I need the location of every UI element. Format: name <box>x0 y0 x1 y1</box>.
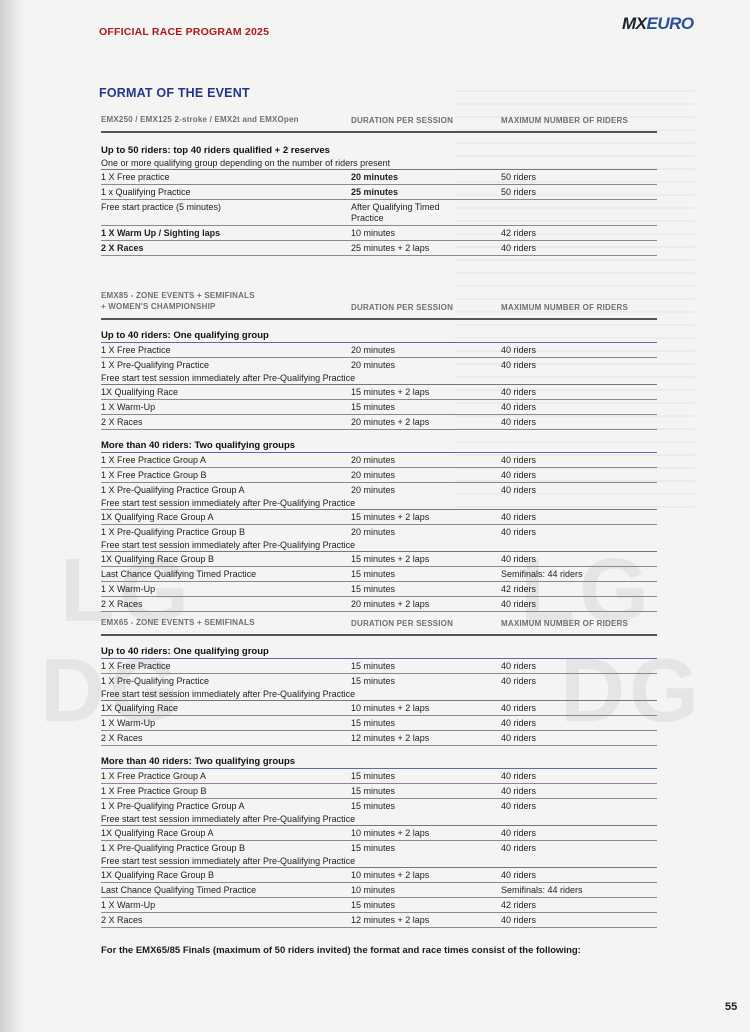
cell-riders: 40 riders <box>501 455 657 466</box>
cell-session: 2 X Races <box>101 733 351 744</box>
cell-riders: 40 riders <box>501 485 657 496</box>
table-row: 1 X Pre-Qualifying Practice Group A15 mi… <box>101 799 657 813</box>
section-emx85: EMX85 - ZONE EVENTS + SEMIFINALS + WOMEN… <box>101 290 657 612</box>
section-header: EMX85 - ZONE EVENTS + SEMIFINALS + WOMEN… <box>101 290 657 320</box>
cell-riders: Semifinals: 44 riders <box>501 885 657 896</box>
cell-duration: 15 minutes <box>351 676 501 687</box>
cell-session: 1X Qualifying Race Group A <box>101 828 351 839</box>
cell-session: 1 X Pre-Qualifying Practice Group A <box>101 801 351 812</box>
cell-session: 1 X Pre-Qualifying Practice <box>101 676 351 687</box>
cell-session: 1 X Free Practice <box>101 345 351 356</box>
table-row: 2 X Races20 minutes + 2 laps40 riders <box>101 415 657 430</box>
cell-duration: 10 minutes + 2 laps <box>351 703 501 714</box>
cell-session: Last Chance Qualifying Timed Practice <box>101 885 351 896</box>
cell-duration: 20 minutes <box>351 470 501 481</box>
table-row: 1 X Pre-Qualifying Practice Group A20 mi… <box>101 483 657 497</box>
table-row: 1 X Warm-Up15 minutes42 riders <box>101 582 657 597</box>
finals-note: For the EMX65/85 Finals (maximum of 50 r… <box>101 944 661 958</box>
page-title: FORMAT OF THE EVENT <box>99 86 250 100</box>
cell-session: 1 X Free Practice Group B <box>101 786 351 797</box>
cell-duration: 15 minutes <box>351 718 501 729</box>
cell-session: 2 X Races <box>101 915 351 926</box>
cell-session: 1X Qualifying Race Group A <box>101 512 351 523</box>
cell-duration: 20 minutes <box>351 455 501 466</box>
section-header: EMX65 - ZONE EVENTS + SEMIFINALS DURATIO… <box>101 617 657 636</box>
table-row: 1 X Free Practice Group B15 minutes40 ri… <box>101 784 657 799</box>
cell-duration: 15 minutes <box>351 569 501 580</box>
table-row: 2 X Races12 minutes + 2 laps40 riders <box>101 731 657 746</box>
table-body: 1 X Free Practice20 minutes40 riders1 X … <box>101 343 657 430</box>
cell-session: 2 X Races <box>101 417 351 428</box>
table-row: 1 X Free Practice Group A15 minutes40 ri… <box>101 769 657 784</box>
table-row: 1 X Pre-Qualifying Practice15 minutes40 … <box>101 674 657 688</box>
cell-riders: 40 riders <box>501 771 657 782</box>
cell-riders: 42 riders <box>501 900 657 911</box>
table-row: 1 X Warm Up / Sighting laps 10 minutes 4… <box>101 226 657 241</box>
table-row: 1 X Pre-Qualifying Practice Group B15 mi… <box>101 841 657 855</box>
table-row: 1X Qualifying Race Group B10 minutes + 2… <box>101 868 657 883</box>
table-row: 1X Qualifying Race Group A10 minutes + 2… <box>101 826 657 841</box>
cell-riders: 40 riders <box>501 470 657 481</box>
table-row: 2 X Races 25 minutes + 2 laps 40 riders <box>101 241 657 256</box>
cell-riders: 40 riders <box>501 786 657 797</box>
table-row: 1X Qualifying Race15 minutes + 2 laps40 … <box>101 385 657 400</box>
cell-session: 1 X Pre-Qualifying Practice Group A <box>101 485 351 496</box>
cell-duration: 20 minutes + 2 laps <box>351 417 501 428</box>
cell-duration: 15 minutes + 2 laps <box>351 387 501 398</box>
cell-duration: 15 minutes <box>351 584 501 595</box>
row-note: Free start test session immediately afte… <box>101 688 657 701</box>
table-row: 1 X Pre-Qualifying Practice20 minutes40 … <box>101 358 657 372</box>
cell-riders: 40 riders <box>501 801 657 812</box>
cell-duration: 15 minutes <box>351 771 501 782</box>
cell-riders: Semifinals: 44 riders <box>501 569 657 580</box>
cell-riders: 40 riders <box>501 417 657 428</box>
cell-duration: 10 minutes + 2 laps <box>351 870 501 881</box>
cell-duration: 10 minutes + 2 laps <box>351 828 501 839</box>
cell-riders: 40 riders <box>501 360 657 371</box>
table-row: 1X Qualifying Race Group B15 minutes + 2… <box>101 552 657 567</box>
cell-duration: 20 minutes <box>351 527 501 538</box>
cell-riders: 40 riders <box>501 718 657 729</box>
cell-duration: 15 minutes <box>351 402 501 413</box>
section-emx65: EMX65 - ZONE EVENTS + SEMIFINALS DURATIO… <box>101 617 657 928</box>
mxeuro-logo: MXEURO <box>622 14 694 32</box>
cell-riders: 40 riders <box>501 554 657 565</box>
cell-riders: 40 riders <box>501 527 657 538</box>
table-row: 2 X Races12 minutes + 2 laps40 riders <box>101 913 657 928</box>
table-row: 1 X Warm-Up15 minutes40 riders <box>101 716 657 731</box>
table-row: 1 X Free Practice15 minutes40 riders <box>101 659 657 674</box>
cell-session: 1 X Warm-Up <box>101 900 351 911</box>
group-title: More than 40 riders: Two qualifying grou… <box>101 756 657 769</box>
cell-session: 1 X Free Practice <box>101 661 351 672</box>
cell-session: 1 X Warm-Up <box>101 402 351 413</box>
cell-session: 1X Qualifying Race <box>101 703 351 714</box>
cell-duration: 15 minutes + 2 laps <box>351 554 501 565</box>
cell-duration: 15 minutes <box>351 843 501 854</box>
table-row: 1 X Free Practice Group A20 minutes40 ri… <box>101 453 657 468</box>
table-body: 1 X Free Practice Group A20 minutes40 ri… <box>101 453 657 612</box>
table-row: 1 X Free Practice20 minutes40 riders <box>101 343 657 358</box>
cell-duration: 15 minutes <box>351 900 501 911</box>
table-row: 1 X Pre-Qualifying Practice Group B20 mi… <box>101 525 657 539</box>
cell-duration: 20 minutes + 2 laps <box>351 599 501 610</box>
group-title: Up to 40 riders: One qualifying group <box>101 646 657 659</box>
cell-session: 1X Qualifying Race <box>101 387 351 398</box>
cell-duration: 15 minutes <box>351 786 501 797</box>
section-header: EMX250 / EMX125 2-stroke / EMX2t and EMX… <box>101 114 657 133</box>
group-note: One or more qualifying group depending o… <box>101 157 657 170</box>
cell-session: 1 X Warm-Up <box>101 584 351 595</box>
cell-duration: 20 minutes <box>351 360 501 371</box>
cell-session: 1 X Free Practice Group A <box>101 455 351 466</box>
table-row: 1X Qualifying Race Group A15 minutes + 2… <box>101 510 657 525</box>
table-row: 1 X Warm-Up15 minutes40 riders <box>101 400 657 415</box>
table-body: 1 X Free Practice15 minutes40 riders1 X … <box>101 659 657 746</box>
cell-session: 1 X Free Practice Group A <box>101 771 351 782</box>
cell-riders: 40 riders <box>501 512 657 523</box>
cell-duration: 10 minutes <box>351 885 501 896</box>
section-emx250: EMX250 / EMX125 2-stroke / EMX2t and EMX… <box>101 114 657 256</box>
cell-riders: 40 riders <box>501 345 657 356</box>
cell-riders: 40 riders <box>501 402 657 413</box>
cell-riders: 40 riders <box>501 661 657 672</box>
table-row: 1 x Qualifying Practice 25 minutes 50 ri… <box>101 185 657 200</box>
cell-session: 1 X Pre-Qualifying Practice Group B <box>101 527 351 538</box>
cell-riders: 40 riders <box>501 703 657 714</box>
cell-riders: 40 riders <box>501 870 657 881</box>
cell-riders: 40 riders <box>501 676 657 687</box>
row-note: Free start test session immediately afte… <box>101 372 657 385</box>
cell-session: 2 X Races <box>101 599 351 610</box>
cell-duration: 12 minutes + 2 laps <box>351 733 501 744</box>
cell-session: 1 X Warm-Up <box>101 718 351 729</box>
cell-riders: 40 riders <box>501 733 657 744</box>
cell-riders: 40 riders <box>501 915 657 926</box>
cell-session: 1X Qualifying Race Group B <box>101 554 351 565</box>
program-header-title: OFFICIAL RACE PROGRAM 2025 <box>99 26 269 38</box>
cell-duration: 15 minutes + 2 laps <box>351 512 501 523</box>
group-title: Up to 40 riders: One qualifying group <box>101 330 657 343</box>
cell-riders: 40 riders <box>501 387 657 398</box>
table-row: 1 X Warm-Up15 minutes42 riders <box>101 898 657 913</box>
cell-session: Last Chance Qualifying Timed Practice <box>101 569 351 580</box>
cell-session: 1 X Pre-Qualifying Practice <box>101 360 351 371</box>
row-note: Free start test session immediately afte… <box>101 813 657 826</box>
group-title: More than 40 riders: Two qualifying grou… <box>101 440 657 453</box>
table-row: Last Chance Qualifying Timed Practice10 … <box>101 883 657 898</box>
row-note: Free start test session immediately afte… <box>101 855 657 868</box>
cell-duration: 20 minutes <box>351 485 501 496</box>
page-gutter-shadow <box>0 0 26 1032</box>
page-number: 55 <box>725 1001 737 1013</box>
cell-session: 1X Qualifying Race Group B <box>101 870 351 881</box>
cell-duration: 15 minutes <box>351 801 501 812</box>
cell-session: 1 X Pre-Qualifying Practice Group B <box>101 843 351 854</box>
cell-duration: 15 minutes <box>351 661 501 672</box>
row-note: Free start test session immediately afte… <box>101 497 657 510</box>
row-note: Free start test session immediately afte… <box>101 539 657 552</box>
cell-duration: 20 minutes <box>351 345 501 356</box>
group-title: Up to 50 riders: top 40 riders qualified… <box>101 145 657 157</box>
table-row: 1X Qualifying Race10 minutes + 2 laps40 … <box>101 701 657 716</box>
cell-riders: 40 riders <box>501 599 657 610</box>
cell-riders: 42 riders <box>501 584 657 595</box>
cell-riders: 40 riders <box>501 828 657 839</box>
cell-duration: 12 minutes + 2 laps <box>351 915 501 926</box>
table-row: Last Chance Qualifying Timed Practice15 … <box>101 567 657 582</box>
table-row: 1 X Free practice 20 minutes 50 riders <box>101 170 657 185</box>
cell-session: 1 X Free Practice Group B <box>101 470 351 481</box>
cell-riders: 40 riders <box>501 843 657 854</box>
table-row: 1 X Free Practice Group B20 minutes40 ri… <box>101 468 657 483</box>
table-row: 2 X Races20 minutes + 2 laps40 riders <box>101 597 657 612</box>
table-row: Free start practice (5 minutes) After Qu… <box>101 200 657 226</box>
table-body: 1 X Free Practice Group A15 minutes40 ri… <box>101 769 657 928</box>
